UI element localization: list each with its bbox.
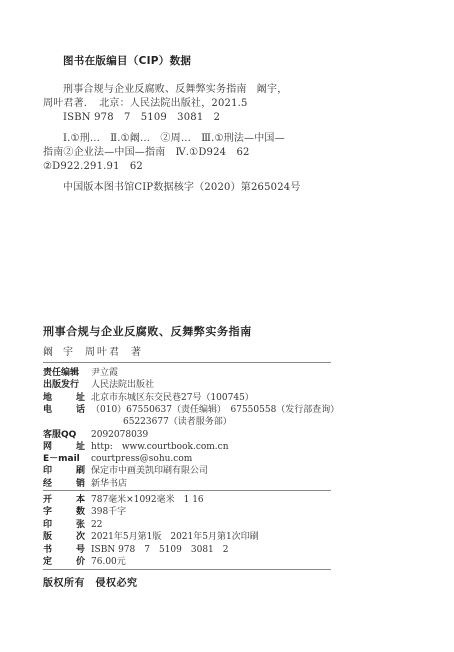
publisher-info-value: 65223677（读者服务部）	[123, 416, 232, 429]
publisher-info-label: E－mail	[43, 453, 85, 466]
author-2: 周叶君	[85, 343, 121, 358]
divider-middle	[43, 490, 331, 491]
publisher-info-value: courtpress@sohu.com	[91, 453, 192, 466]
cip-classification-line-1: Ⅰ.①刑… Ⅱ.①阚… ②周… Ⅲ.①刑法—中国—	[63, 129, 285, 144]
author-given-name: 宇	[63, 343, 73, 358]
label-char: 号	[76, 544, 85, 557]
cip-entry-line-2: 周叶君著． 北京：人民法院出版社，2021.5	[43, 94, 248, 109]
publisher-info-label: 经销	[43, 478, 85, 491]
label-char: 定	[43, 556, 52, 569]
publisher-info-value: 人民法院出版社	[91, 379, 154, 392]
label-char: 字	[43, 506, 52, 519]
publisher-info-label: 出版发行	[43, 379, 85, 392]
label-char: 客服QQ	[43, 429, 76, 442]
label-char: 本	[76, 494, 85, 507]
print-info-label: 书号	[43, 544, 85, 557]
publisher-info-label: 印刷	[43, 465, 85, 478]
cip-isbn: ISBN 978 7 5109 3081 2	[63, 108, 220, 123]
publisher-info-label: 地址	[43, 392, 85, 405]
label-char: 出版发行	[43, 379, 79, 392]
publisher-info-label: 电话	[43, 404, 85, 417]
label-char: 书	[43, 544, 52, 557]
label-char: 销	[76, 478, 85, 491]
publisher-info-label: 网址	[43, 441, 85, 454]
label-char: 地	[43, 392, 52, 405]
book-authors: 阚宇周叶君著	[43, 343, 141, 358]
label-char: 开	[43, 494, 52, 507]
print-info-value: 787毫米×1092毫米 1 16	[91, 494, 204, 507]
author-surname: 阚	[43, 343, 53, 358]
cip-classification-line-2: 指南②企业法—中国—指南 Ⅳ.①D924 62	[43, 143, 250, 158]
cip-title: 图书在版编目（CIP）数据	[63, 53, 191, 68]
publisher-info-value: 2092078039	[91, 429, 148, 442]
print-info-label: 版次	[43, 531, 85, 544]
publisher-info-value: 保定市中画美凯印刷有限公司	[91, 465, 208, 478]
publisher-info-value: 尹立霞	[91, 367, 118, 380]
divider-top	[43, 362, 331, 363]
publisher-info-value: http: www.courtbook.com.cn	[91, 441, 229, 454]
publisher-info-value: 新华书店	[91, 478, 127, 491]
label-char: 网	[43, 441, 52, 454]
print-info-label: 定价	[43, 556, 85, 569]
label-char: 价	[76, 556, 85, 569]
label-char: 责任编辑	[43, 367, 79, 380]
label-char: 刷	[76, 465, 85, 478]
label-char: 经	[43, 478, 52, 491]
publisher-info-value: （010）67550637（责任编辑） 67550558（发行部查询）	[91, 404, 339, 417]
copyright-notice: 版权所有 侵权必究	[43, 574, 138, 589]
publisher-info-label: 客服QQ	[43, 429, 85, 442]
label-char: 址	[76, 392, 85, 405]
publisher-info-value: 北京市东城区东交民巷27号（100745）	[91, 392, 254, 405]
cip-classification-line-3: ②D922.291.91 62	[43, 157, 143, 172]
print-info-value: 2021年5月第1版 2021年5月第1次印刷	[91, 531, 259, 544]
publisher-info-label: 责任编辑	[43, 367, 85, 380]
divider-bottom	[43, 569, 331, 570]
label-char: 版	[43, 531, 52, 544]
print-info-value: 22	[91, 519, 102, 532]
author-role: 著	[131, 343, 141, 358]
print-info-label: 印张	[43, 519, 85, 532]
print-info-value: 398千字	[91, 506, 126, 519]
cip-data-number: 中国版本图书馆CIP数据核字（2020）第265024号	[63, 178, 301, 193]
label-char: 印	[43, 465, 52, 478]
label-char: 张	[76, 519, 85, 532]
print-info-label: 字数	[43, 506, 85, 519]
label-char: 印	[43, 519, 52, 532]
label-char: 话	[76, 404, 85, 417]
print-info-value: ISBN 978 7 5109 3081 2	[91, 544, 229, 557]
print-info-value: 76.00元	[91, 556, 126, 569]
print-info-label: 开本	[43, 494, 85, 507]
label-char: 数	[76, 506, 85, 519]
cip-entry-line-1: 刑事合规与企业反腐败、反舞弊实务指南 阚宇，	[63, 80, 287, 95]
book-title: 刑事合规与企业反腐败、反舞弊实务指南	[43, 323, 252, 339]
label-char: 址	[76, 441, 85, 454]
label-char: 电	[43, 404, 52, 417]
label-char: E－mail	[43, 453, 80, 466]
label-char: 次	[76, 531, 85, 544]
